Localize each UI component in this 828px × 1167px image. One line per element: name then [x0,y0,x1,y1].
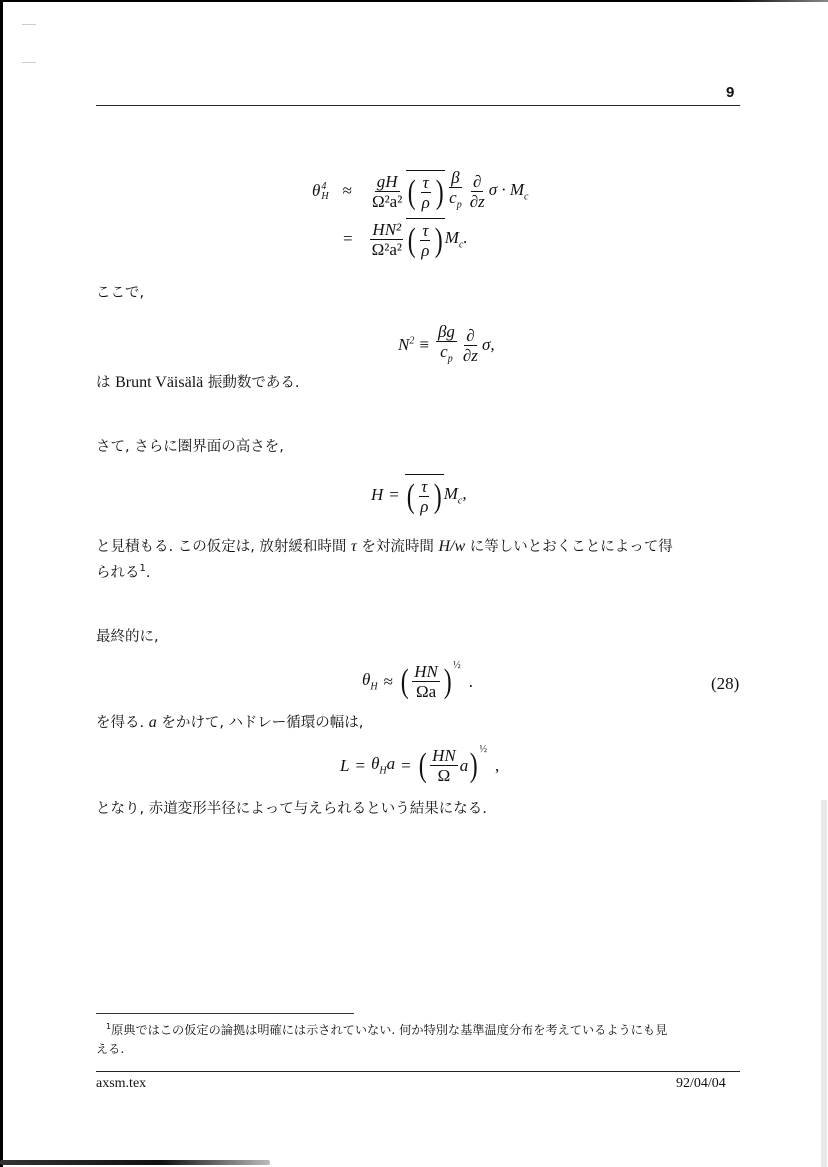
scan-edge-left [0,0,3,1167]
equation-brunt-vaisala: N2 ≡ βgcp ∂∂z σ, [398,322,495,368]
equation-number: (28) [711,674,739,694]
paragraph-brunt-vaisala: は Brunt Väisälä 振動数である. [96,372,299,394]
paragraph-assumption-line2: られる1. [96,558,150,584]
footnote: 1原典ではこの仮定の論拠は明確には示されていない. 何か特別な基準温度分布を考え… [96,1017,746,1059]
paragraph-finally: 最終的に, [96,626,159,648]
equation-hadley-width: L = θHa = (HNΩa) ½ , [340,746,499,785]
footnote-rule [96,1013,354,1014]
scan-edge-right [821,800,827,1167]
footer-rule [96,1071,740,1072]
scan-edge-bottom [0,1160,270,1165]
paragraph-hadley-width: を得る. a をかけて, ハドレー循環の幅は, [96,712,363,734]
equation-tropopause-height: H = (τρ) Mc, [371,474,467,516]
equation-28: θH ≈ (HNΩa) ½ . [362,662,473,701]
header-rule [96,105,740,106]
scan-mark [22,24,36,25]
equation-theta-h4-line1: θ4H ≈ gHΩ²a² (τρ) βcp ∂∂z σ · Mc [312,168,528,214]
page-number: 9 [726,84,734,101]
equation-theta-h4-line2: = HN²Ω²a² (τρ) Mc. [343,218,468,260]
overline-group: (τρ) [406,170,445,212]
scan-mark [22,62,36,63]
paragraph-assumption-line1: と見積もる. この仮定は, 放射緩和時間 τ を対流時間 H/w に等しいとおく… [96,536,673,558]
paragraph-kokode: ここで, [96,282,144,304]
paragraph-tropopause: さて, さらに圏界面の高さを, [96,436,284,458]
paragraph-conclusion: となり, 赤道変形半径によって与えられるという結果になる. [96,798,487,820]
footer-filename: axsm.tex [96,1076,146,1092]
scan-edge-top [0,0,828,2]
footer-date: 92/04/04 [676,1076,726,1092]
